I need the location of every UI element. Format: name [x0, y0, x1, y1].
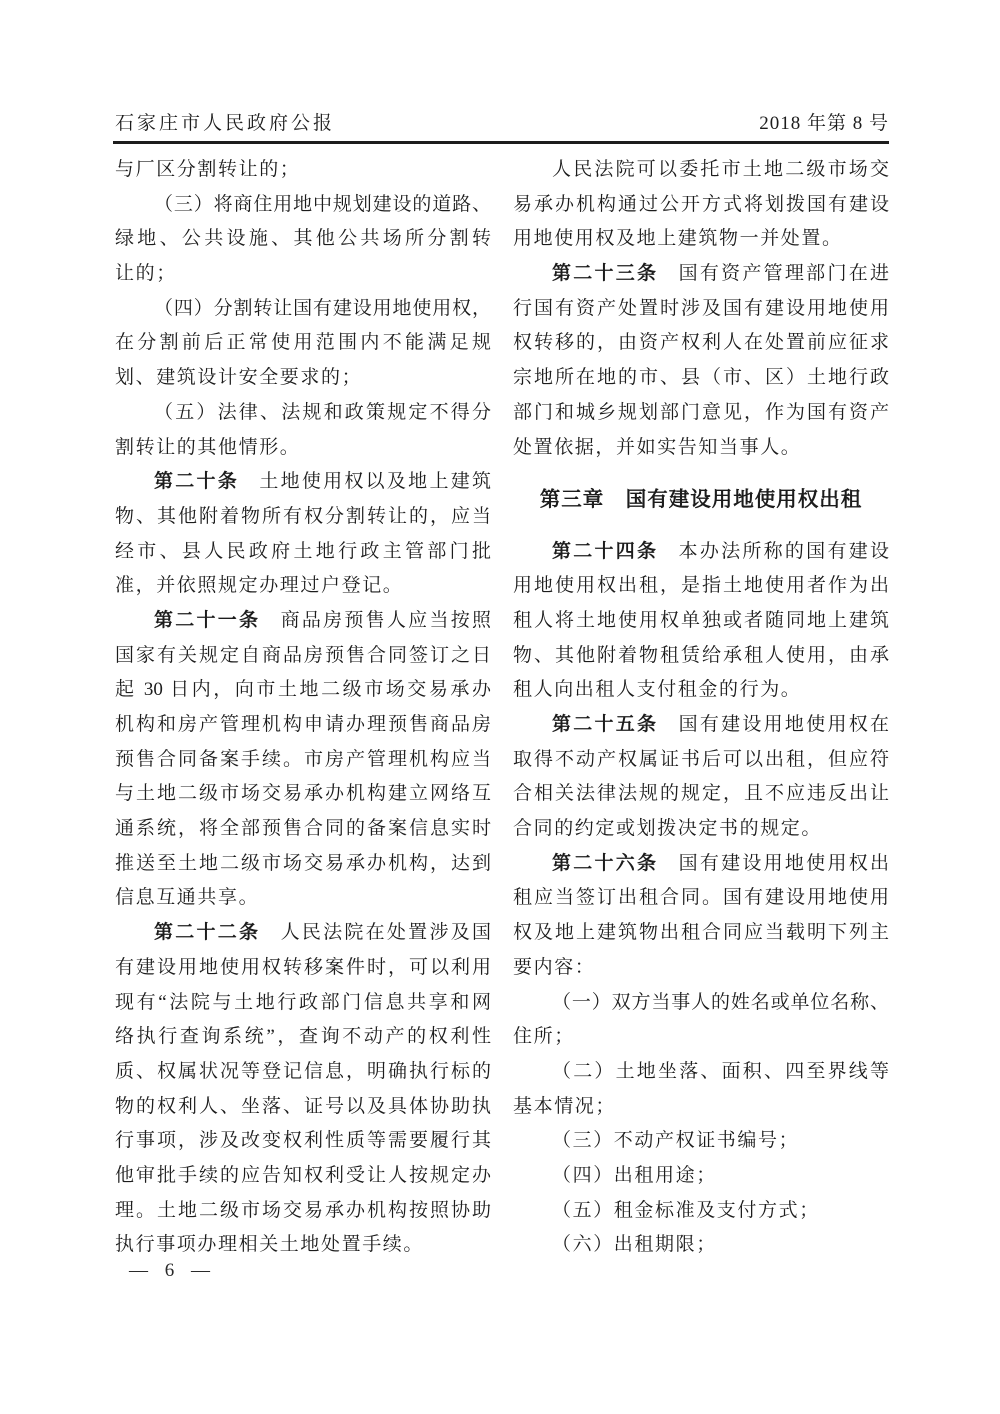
article-number: 第二十五条	[552, 714, 658, 735]
text-line: 理。土地二级市场交易承办机构按照协助	[115, 1194, 491, 1229]
text-line: 租人将土地使用权单独或者随同地上建筑	[513, 604, 889, 639]
text-line: 现有“法院与土地行政部门信息共享和网	[115, 986, 491, 1021]
article-number: 第二十六条	[552, 853, 658, 874]
text-line: 权转移的，由资产权利人在处置前应征求	[513, 326, 889, 361]
text-line: 他审批手续的应告知权利受让人按规定办	[115, 1159, 491, 1194]
article-start-line: 第二十一条商品房预售人应当按照	[115, 604, 491, 639]
text-line: 行国有资产处置时涉及国有建设用地使用	[513, 292, 889, 327]
text-line: （一）双方当事人的姓名或单位名称、	[513, 986, 889, 1021]
text-line: （三）将商住用地中规划建设的道路、	[115, 188, 491, 223]
text-line: 权及地上建筑物出租合同应当载明下列主	[513, 916, 889, 951]
chapter-heading: 第三章 国有建设用地使用权出租	[513, 465, 889, 534]
text-line: 合相关法律法规的规定，且不应违反出让	[513, 777, 889, 812]
article-number: 第二十条	[154, 471, 239, 492]
text-line: 人民法院可以委托市土地二级市场交	[513, 153, 889, 188]
article-start-line: 第二十六条国有建设用地使用权出	[513, 847, 889, 882]
article-number: 第二十一条	[154, 610, 260, 631]
article-number: 第二十三条	[552, 263, 658, 284]
text-line: 络执行查询系统”，查询不动产的权利性	[115, 1020, 491, 1055]
right-text-column: 人民法院可以委托市土地二级市场交易承办机构通过公开方式将划拨国有建设用地使用权及…	[513, 153, 889, 1263]
text-line: 经市、县人民政府土地行政主管部门批	[115, 535, 491, 570]
text-line: 国家有关规定自商品房预售合同签订之日	[115, 639, 491, 674]
issue-number: 2018 年第 8 号	[759, 110, 889, 138]
text-line: （五）租金标准及支付方式；	[513, 1194, 889, 1229]
article-start-line: 第二十二条人民法院在处置涉及国	[115, 916, 491, 951]
text-line: 处置依据，并如实告知当事人。	[513, 431, 889, 466]
document-body: 与厂区分割转让的；（三）将商住用地中规划建设的道路、绿地、公共设施、其他公共场所…	[115, 153, 889, 1263]
text-line: 合同的约定或划拨决定书的规定。	[513, 812, 889, 847]
text-line: 基本情况；	[513, 1090, 889, 1125]
text-line: 用地使用权及地上建筑物一并处置。	[513, 222, 889, 257]
text-line: （四）分割转让国有建设用地使用权，	[115, 292, 491, 327]
text-line: 与土地二级市场交易承办机构建立网络互	[115, 777, 491, 812]
gazette-page: { "header": { "publication": "石家庄市人民政府公报…	[0, 0, 1000, 1414]
text-line: 物的权利人、坐落、证号以及具体协助执	[115, 1090, 491, 1125]
text-line: 有建设用地使用权转移案件时，可以利用	[115, 951, 491, 986]
text-line: 取得不动产权属证书后可以出租，但应符	[513, 743, 889, 778]
article-start-line: 第二十四条本办法所称的国有建设	[513, 535, 889, 570]
article-start-line: 第二十三条国有资产管理部门在进	[513, 257, 889, 292]
article-number: 第二十四条	[552, 541, 658, 562]
text-line: 在分割前后正常使用范围内不能满足规	[115, 326, 491, 361]
article-number: 第二十二条	[154, 922, 260, 943]
text-line: 物、其他附着物租赁给承租人使用，由承	[513, 639, 889, 674]
text-line: 租人向出租人支付租金的行为。	[513, 673, 889, 708]
page-header: 石家庄市人民政府公报 2018 年第 8 号	[115, 110, 889, 138]
text-line: 宗地所在地的市、县（市、区）土地行政	[513, 361, 889, 396]
text-line: 租应当签订出租合同。国有建设用地使用	[513, 881, 889, 916]
text-line: （二）土地坐落、面积、四至界线等	[513, 1055, 889, 1090]
text-line: 绿地、公共设施、其他公共场所分割转	[115, 222, 491, 257]
article-start-line: 第二十五条国有建设用地使用权在	[513, 708, 889, 743]
header-divider-rule	[113, 141, 889, 144]
left-text-column: 与厂区分割转让的；（三）将商住用地中规划建设的道路、绿地、公共设施、其他公共场所…	[115, 153, 491, 1263]
text-line: （五）法律、法规和政策规定不得分	[115, 396, 491, 431]
text-line: 行事项，涉及改变权利性质等需要履行其	[115, 1124, 491, 1159]
text-line: 要内容：	[513, 951, 889, 986]
text-line: 推送至土地二级市场交易承办机构，达到	[115, 847, 491, 882]
text-line: 住所；	[513, 1020, 889, 1055]
text-line: 部门和城乡规划部门意见，作为国有资产	[513, 396, 889, 431]
text-line: 预售合同备案手续。市房产管理机构应当	[115, 743, 491, 778]
text-line: （三）不动产权证书编号；	[513, 1124, 889, 1159]
page-number: — 6 —	[129, 1258, 210, 1284]
text-line: 机构和房产管理机构申请办理预售商品房	[115, 708, 491, 743]
text-line: 起 30 日内，向市土地二级市场交易承办	[115, 673, 491, 708]
text-line: 准，并依照规定办理过户登记。	[115, 569, 491, 604]
article-start-line: 第二十条土地使用权以及地上建筑	[115, 465, 491, 500]
text-line: （六）出租期限；	[513, 1228, 889, 1263]
text-line: 物、其他附着物所有权分割转让的，应当	[115, 500, 491, 535]
text-line: 信息互通共享。	[115, 881, 491, 916]
publication-title: 石家庄市人民政府公报	[115, 110, 335, 138]
text-line: 质、权属状况等登记信息，明确执行标的	[115, 1055, 491, 1090]
text-line: 让的；	[115, 257, 491, 292]
text-line: 通系统，将全部预售合同的备案信息实时	[115, 812, 491, 847]
text-line: 割转让的其他情形。	[115, 431, 491, 466]
text-line: 与厂区分割转让的；	[115, 153, 491, 188]
text-line: 易承办机构通过公开方式将划拨国有建设	[513, 188, 889, 223]
text-line: 划、建筑设计安全要求的；	[115, 361, 491, 396]
text-line: （四）出租用途；	[513, 1159, 889, 1194]
text-line: 用地使用权出租，是指土地使用者作为出	[513, 569, 889, 604]
